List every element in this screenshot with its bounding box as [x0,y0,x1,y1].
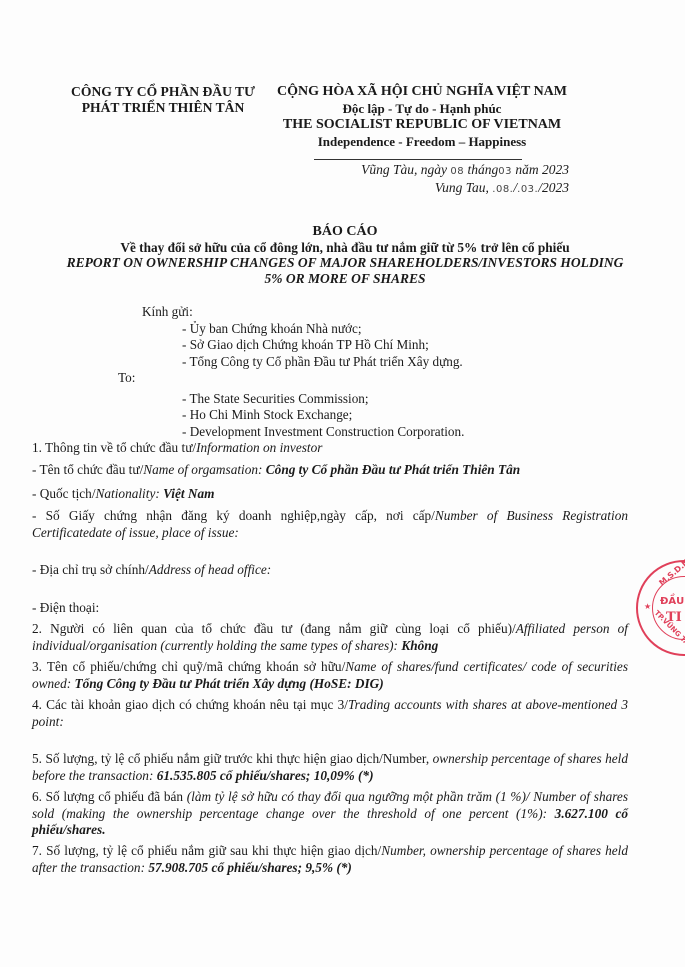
name-en: Name of orgamsation: [143,462,266,477]
date-vi-year: năm 2023 [515,162,569,177]
recipient-vi: - Ủy ban Chứng khoán Nhà nước; [142,321,464,338]
company-name-line1: CÔNG TY CỔ PHẦN ĐẦU TƯ [58,84,268,100]
head-office-address: - Địa chỉ trụ sở chính/Address of head o… [32,562,628,579]
section-7: 7. Số lượng, tỷ lệ cổ phiếu nắm giữ sau … [32,843,628,876]
recipients-vi-label: Kính gửi: [142,304,464,321]
recipient-vi: - Sở Giao dịch Chứng khoán TP Hồ Chí Min… [142,337,464,354]
section-2: 2. Người có liên quan của tổ chức đầu tư… [32,621,628,654]
s2-value: Không [401,638,438,653]
recipient-en: - Ho Chi Minh Stock Exchange; [142,407,464,424]
title-subtitle-en-2: 5% OR MORE OF SHARES [40,271,650,287]
nationality: - Quốc tịch/Nationality: Việt Nam [32,486,628,503]
nat-value: Việt Nam [163,486,214,501]
title-subtitle-en-1: REPORT ON OWNERSHIP CHANGES OF MAJOR SHA… [40,255,650,271]
s2-vi: 2. Người có liên quan của tổ chức đầu tư… [32,621,516,636]
republic-vi: CỘNG HÒA XÃ HỘI CHỦ NGHĨA VIỆT NAM [272,84,572,101]
s1-vi: 1. Thông tin về tổ chức đầu tư/ [32,440,196,455]
recipients-en-label: To: [118,370,464,387]
motto-vi: Độc lập - Tự do - Hạnh phúc [272,101,572,118]
date-en-month: .03. [517,184,538,195]
date-vi-prefix: Vũng Tàu, ngày [361,162,447,177]
date-vi-month: 03 [498,166,512,177]
section-1-heading: 1. Thông tin về tổ chức đầu tư/Informati… [32,440,628,457]
recipients: Kính gửi: - Ủy ban Chứng khoán Nhà nước;… [142,304,464,440]
addr-en: Address of head office: [149,562,271,577]
phone-vi: - Điện thoại: [32,600,99,615]
national-header: CỘNG HÒA XÃ HỘI CHỦ NGHĨA VIỆT NAM Độc l… [272,84,572,150]
date-en: Vung Tau, .08./.03./2023 [361,180,569,198]
recipient-vi: - Tổng Công ty Cổ phần Đầu tư Phát triển… [142,354,464,371]
date-en-day: .08. [492,184,513,195]
date-en-year: /2023 [538,180,569,195]
investor-name: - Tên tổ chức đầu tư/Name of orgamsation… [32,462,628,479]
section-3: 3. Tên cổ phiếu/chứng chỉ quỹ/mã chứng k… [32,659,628,692]
name-vi: - Tên tổ chức đầu tư/ [32,462,143,477]
title-main: BÁO CÁO [40,224,650,240]
recipient-en: - Development Investment Construction Co… [142,424,464,441]
company-seal-stamp: M.S.D.N ★ TP.VŨNG TÀU ĐẦU TI [636,560,685,656]
s4-vi: 4. Các tài khoản giao dịch có chứng khoá… [32,697,348,712]
header-divider [314,159,522,160]
date-en-prefix: Vung Tau, [435,180,489,195]
star-icon: ★ [644,602,651,611]
s3-vi: 3. Tên cổ phiếu/chứng chỉ quỹ/mã chứng k… [32,659,345,674]
name-value: Công ty Cổ phần Đầu tư Phát triển Thiên … [266,462,520,477]
republic-en: THE SOCIALIST REPUBLIC OF VIETNAM [272,117,572,134]
title-subtitle-vi: Về thay đổi sở hữu của cổ đông lớn, nhà … [40,240,650,256]
registration-cert: - Số Giấy chứng nhận đăng ký doanh nghiệ… [32,508,628,541]
date-vi-day: 08 [450,166,464,177]
company-name-line2: PHÁT TRIỂN THIÊN TÂN [58,100,268,116]
nat-en: Nationality: [96,486,164,501]
addr-vi: - Địa chỉ trụ sở chính/ [32,562,149,577]
section-5: 5. Số lượng, tỷ lệ cổ phiếu nắm giữ trướ… [32,751,628,784]
phone: - Điện thoại: [32,600,628,617]
s5-vi: 5. Số lượng, tỷ lệ cổ phiếu nắm giữ trướ… [32,751,433,766]
s1-en: Information on investor [196,440,322,455]
stamp-center-1: ĐẦU [660,596,684,607]
reg-vi: - Số Giấy chứng nhận đăng ký doanh nghiệ… [32,508,435,523]
report-title: BÁO CÁO Về thay đổi sở hữu của cổ đông l… [40,224,650,286]
s7-vi: 7. Số lượng, tỷ lệ cổ phiếu nắm giữ sau … [32,843,381,858]
date-vi-month-label: tháng [468,162,499,177]
section-4: 4. Các tài khoản giao dịch có chứng khoá… [32,697,628,730]
motto-en: Independence - Freedom – Happiness [272,134,572,151]
s3-value: Tổng Công ty Đầu tư Phát triển Xây dựng … [74,676,383,691]
nat-vi: - Quốc tịch/ [32,486,96,501]
company-name: CÔNG TY CỔ PHẦN ĐẦU TƯ PHÁT TRIỂN THIÊN … [58,84,268,116]
section-6: 6. Số lượng cổ phiếu đã bán (làm tỷ lệ s… [32,789,628,839]
s6-vi: 6. Số lượng cổ phiếu đã bán [32,789,187,804]
date-block: Vũng Tàu, ngày 08 tháng03 năm 2023 Vung … [361,162,569,198]
recipient-en: - The State Securities Commission; [142,391,464,408]
s5-value: 61.535.805 cổ phiếu/shares; 10,09% (*) [157,768,374,783]
date-vi: Vũng Tàu, ngày 08 tháng03 năm 2023 [361,162,569,180]
stamp-center-2: TI [666,610,682,625]
s7-value: 57.908.705 cổ phiếu/shares; 9,5% (*) [148,860,352,875]
